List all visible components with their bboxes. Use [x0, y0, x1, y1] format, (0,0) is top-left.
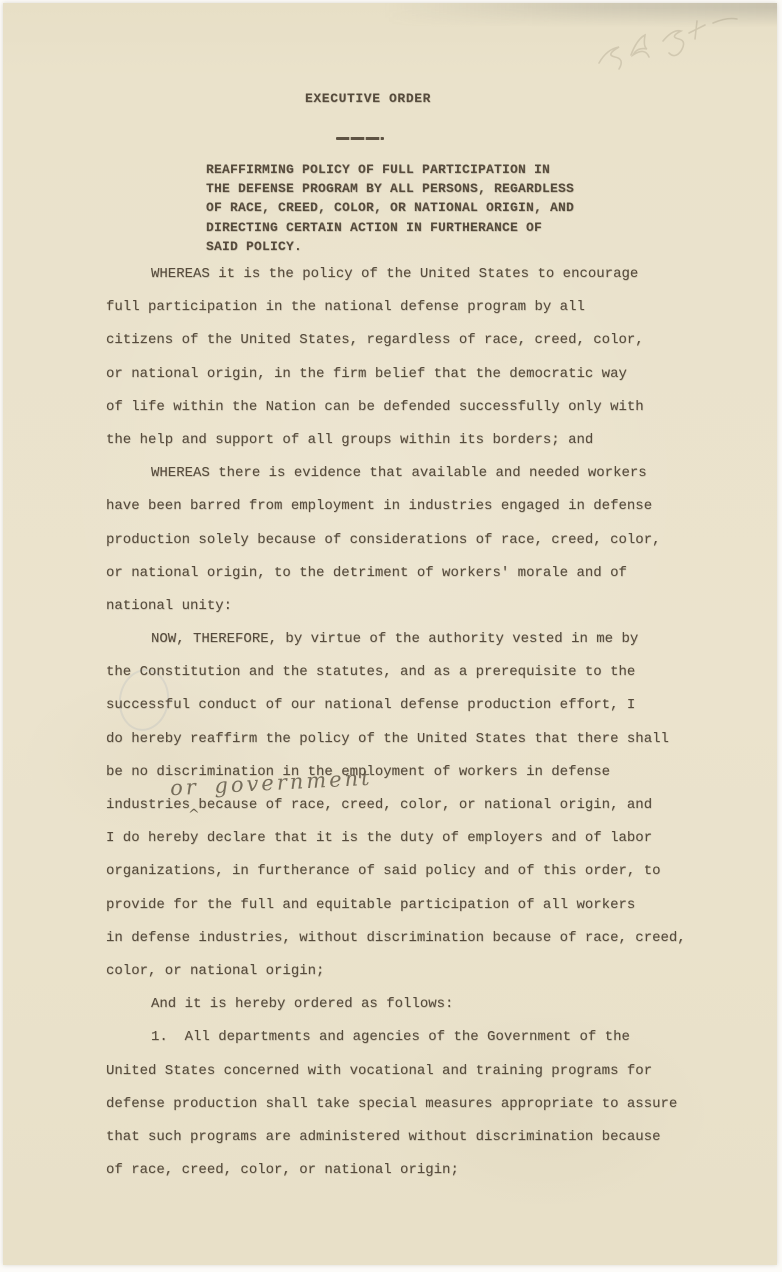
body-line: successful conduct of our national defen… — [106, 696, 716, 729]
body-line: in defense industries, without discrimin… — [106, 929, 716, 962]
body-line: or national origin, to the detriment of … — [106, 564, 716, 597]
body-line: I do hereby declare that it is the duty … — [106, 829, 716, 862]
title-line: SAID POLICY. — [206, 237, 586, 256]
document-page: EXECUTIVE ORDER REAFFIRMING POLICY OF FU… — [3, 3, 777, 1265]
scan-background: EXECUTIVE ORDER REAFFIRMING POLICY OF FU… — [0, 0, 782, 1272]
body-line: or national origin, in the firm belief t… — [106, 365, 716, 398]
title-block: REAFFIRMING POLICY OF FULL PARTICIPATION… — [206, 160, 586, 256]
paragraph-section-1: 1. All departments and agencies of the G… — [106, 1028, 716, 1194]
body-line: have been barred from employment in indu… — [106, 497, 716, 530]
body-line: United States concerned with vocational … — [106, 1062, 716, 1095]
title-line: OF RACE, CREED, COLOR, OR NATIONAL ORIGI… — [206, 198, 586, 217]
title-line: DIRECTING CERTAIN ACTION IN FURTHERANCE … — [206, 218, 586, 237]
body-line: NOW, THEREFORE, by virtue of the authori… — [106, 630, 716, 663]
document-body: WHEREAS it is the policy of the United S… — [106, 265, 716, 1194]
body-line: of race, creed, color, or national origi… — [106, 1161, 716, 1194]
body-line: full participation in the national defen… — [106, 298, 716, 331]
body-line: citizens of the United States, regardles… — [106, 331, 716, 364]
paragraph-ordering-clause: And it is hereby ordered as follows: — [106, 995, 716, 1028]
body-line: the help and support of all groups withi… — [106, 431, 716, 464]
title-line: THE DEFENSE PROGRAM BY ALL PERSONS, REGA… — [206, 179, 586, 198]
body-line: WHEREAS it is the policy of the United S… — [106, 265, 716, 298]
body-line: that such programs are administered with… — [106, 1128, 716, 1161]
body-line: provide for the full and equitable parti… — [106, 896, 716, 929]
title-line: REAFFIRMING POLICY OF FULL PARTICIPATION… — [206, 160, 586, 179]
paragraph-whereas-1: WHEREAS it is the policy of the United S… — [106, 265, 716, 464]
body-line: the Constitution and the statutes, and a… — [106, 663, 716, 696]
paragraph-whereas-2: WHEREAS there is evidence that available… — [106, 464, 716, 630]
body-line: WHEREAS there is evidence that available… — [106, 464, 716, 497]
body-line: 1. All departments and agencies of the G… — [106, 1028, 716, 1061]
body-line: do hereby reaffirm the policy of the Uni… — [106, 730, 716, 763]
pencil-scribble-icon — [591, 11, 776, 86]
body-line: national unity: — [106, 597, 716, 630]
body-line: color, or national origin; — [106, 962, 716, 995]
body-line: production solely because of considerati… — [106, 531, 716, 564]
body-line: organizations, in furtherance of said po… — [106, 862, 716, 895]
typed-dash-rule — [336, 137, 384, 140]
document-heading: EXECUTIVE ORDER — [305, 91, 431, 106]
body-line: defense production shall take special me… — [106, 1095, 716, 1128]
body-line: of life within the Nation can be defende… — [106, 398, 716, 431]
insertion-caret-icon: ^ — [188, 807, 200, 823]
body-line: And it is hereby ordered as follows: — [106, 995, 716, 1028]
